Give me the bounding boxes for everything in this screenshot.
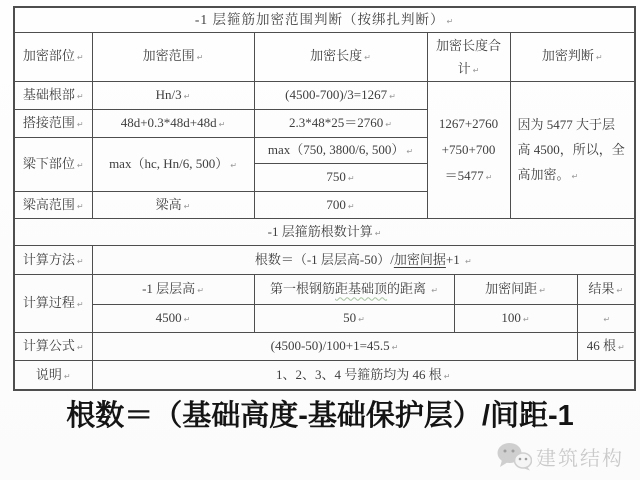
process-header-height: -1 层层高↵	[92, 275, 254, 305]
header-range: 加密范围↵	[92, 32, 254, 82]
footer-formula: 根数＝（基础高度-基础保护层）/间距-1	[0, 393, 640, 434]
paragraph-mark: ↵	[375, 229, 382, 238]
length-total-line3: ＝5477↵	[431, 163, 507, 189]
paragraph-mark: ↵	[389, 92, 396, 101]
paragraph-mark: ↵	[406, 147, 413, 156]
method-suffix: +1	[446, 252, 460, 267]
header-length: 加密长度↵	[254, 32, 427, 82]
paragraph-mark: ↵	[348, 174, 355, 183]
paragraph-mark: ↵	[539, 286, 546, 295]
stirrup-calculation-table: -1 层箍筋加密范围判断（按绑扎判断）↵ 加密部位↵ 加密范围↵ 加密长度↵ 加…	[13, 6, 636, 391]
formula-expression: (4500-50)/100+1=45.5↵	[92, 333, 577, 361]
paragraph-mark: ↵	[431, 286, 438, 295]
process-header-spacing: 加密间距↵	[454, 275, 577, 305]
header-length-total: 加密长度合计↵	[427, 32, 510, 82]
paragraph-mark: ↵	[486, 173, 493, 182]
paragraph-mark: ↵	[184, 202, 191, 211]
method-label: 计算方法↵	[14, 246, 92, 275]
paragraph-mark: ↵	[77, 92, 84, 101]
process-value-distance: 50↵	[254, 305, 454, 333]
paragraph-mark: ↵	[364, 53, 371, 62]
row-underbeam-part: 梁下部位↵	[14, 138, 92, 192]
paragraph-mark: ↵	[596, 53, 603, 62]
paragraph-mark: ↵	[219, 120, 226, 129]
paragraph-mark: ↵	[77, 257, 84, 266]
note-label: 说明↵	[14, 361, 92, 390]
paragraph-mark: ↵	[197, 53, 204, 62]
paragraph-mark: ↵	[64, 372, 71, 381]
process-value-spacing: 100↵	[454, 305, 577, 333]
process-header-distance: 第一根钢筋距基础顶的距离 ↵	[254, 275, 454, 305]
judgement-cell: 因为 5477 大于层高 4500，所以，全高加密。↵	[510, 82, 635, 219]
row-beamheight-range: 梁高↵	[92, 192, 254, 219]
paragraph-mark: ↵	[184, 92, 191, 101]
method-cell: 根数＝（-1 层层高-50）/加密间据+1 ↵	[92, 246, 635, 275]
paragraph-mark: ↵	[385, 120, 392, 129]
table1-title: -1 层箍筋加密范围判断（按绑扎判断）↵	[14, 7, 635, 32]
paragraph-mark: ↵	[77, 120, 84, 129]
paragraph-mark: ↵	[473, 66, 480, 75]
paragraph-mark: ↵	[77, 343, 84, 352]
paragraph-mark: ↵	[230, 161, 237, 170]
wechat-icon	[496, 441, 532, 471]
paragraph-mark: ↵	[444, 372, 451, 381]
paragraph-mark: ↵	[616, 286, 623, 295]
row-foundation-length: (4500-700)/3=1267↵	[254, 82, 427, 110]
row-foundation-range: Hn/3↵	[92, 82, 254, 110]
paragraph-mark: ↵	[392, 343, 399, 352]
paragraph-mark: ↵	[603, 315, 610, 324]
process-value-height: 4500↵	[92, 305, 254, 333]
header-judgement: 加密判断↵	[510, 32, 635, 82]
paragraph-mark: ↵	[358, 315, 365, 324]
paragraph-mark: ↵	[77, 202, 84, 211]
paragraph-mark: ↵	[348, 202, 355, 211]
paragraph-mark: ↵	[446, 17, 454, 26]
distance-prefix: 第一根钢筋	[270, 281, 335, 296]
row-underbeam-length-bottom: 750↵	[254, 164, 427, 192]
paragraph-mark: ↵	[77, 161, 84, 170]
header-part: 加密部位↵	[14, 32, 92, 82]
row-beamheight-part: 梁高范围↵	[14, 192, 92, 219]
row-beamheight-length: 700↵	[254, 192, 427, 219]
row-lap-range: 48d+0.3*48d+48d↵	[92, 110, 254, 138]
distance-wavy-term: 距基础顶	[335, 281, 387, 296]
row-foundation-part: 基础根部↵	[14, 82, 92, 110]
process-label: 计算过程↵	[14, 275, 92, 333]
method-underlined-term: 加密间据	[394, 252, 446, 267]
distance-suffix: 的距离	[387, 281, 426, 296]
note-text: 1、2、3、4 号箍筋均为 46 根↵	[92, 361, 635, 390]
paragraph-mark: ↵	[77, 53, 84, 62]
paragraph-mark: ↵	[77, 300, 84, 309]
formula-label: 计算公式↵	[14, 333, 92, 361]
paragraph-mark: ↵	[523, 315, 530, 324]
paragraph-mark: ↵	[465, 257, 472, 266]
paragraph-mark: ↵	[572, 172, 579, 181]
process-header-result: 结果↵	[577, 275, 635, 305]
formula-result: 46 根↵	[577, 333, 635, 361]
table2-title: -1 层箍筋根数计算↵	[14, 219, 635, 246]
paragraph-mark: ↵	[618, 343, 625, 352]
method-prefix: 根数＝（-1 层层高-50）/	[255, 252, 394, 267]
brand-watermark: 建筑结构	[496, 441, 624, 471]
row-lap-part: 搭接范围↵	[14, 110, 92, 138]
process-value-result: ↵	[577, 305, 635, 333]
paragraph-mark: ↵	[184, 315, 191, 324]
row-underbeam-length-top: max（750, 3800/6, 500）↵	[254, 138, 427, 164]
brand-watermark-text: 建筑结构	[536, 442, 624, 471]
row-lap-length: 2.3*48*25＝2760↵	[254, 110, 427, 138]
length-total-line1: 1267+2760	[431, 111, 507, 137]
row-underbeam-range: max（hc, Hn/6, 500）↵	[92, 138, 254, 192]
paragraph-mark: ↵	[197, 286, 204, 295]
length-total-cell: 1267+2760 +750+700 ＝5477↵	[427, 82, 510, 219]
length-total-line2: +750+700	[431, 137, 507, 163]
